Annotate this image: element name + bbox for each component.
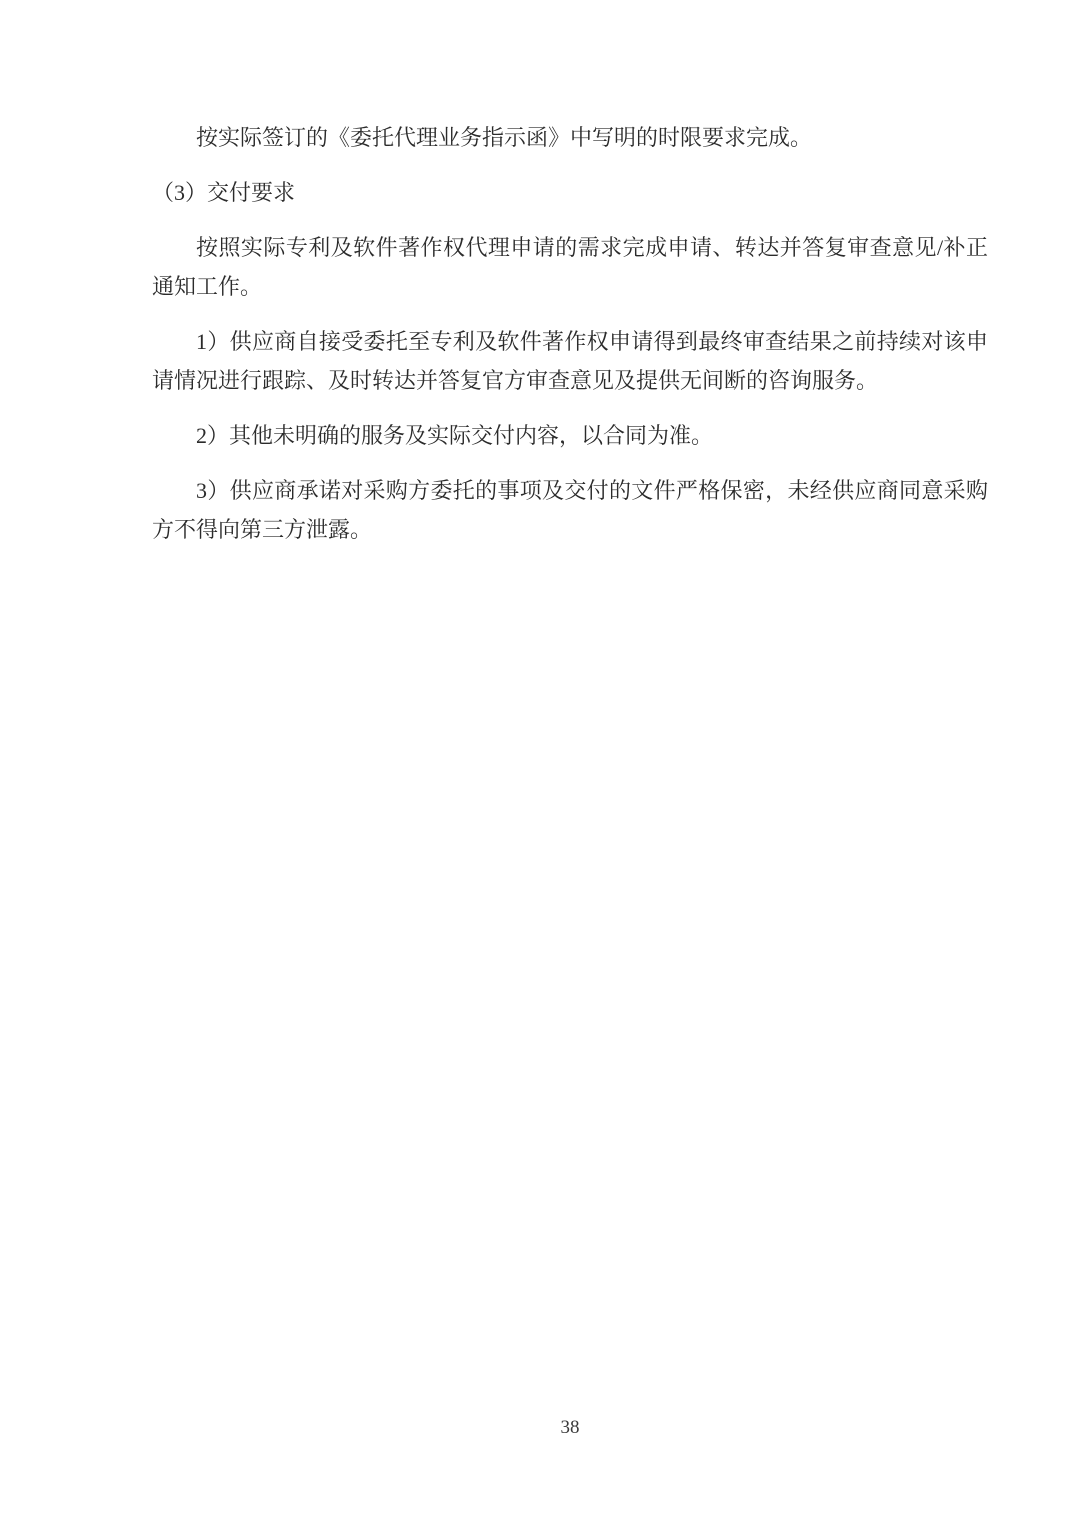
paragraph-deadline-requirement: 按实际签订的《委托代理业务指示函》中写明的时限要求完成。: [152, 118, 988, 157]
document-body: 按实际签订的《委托代理业务指示函》中写明的时限要求完成。 （3）交付要求 按照实…: [152, 118, 988, 549]
paragraph-delivery-scope: 按照实际专利及软件著作权代理申请的需求完成申请、转达并答复审查意见/补正通知工作…: [152, 228, 988, 306]
document-page: 按实际签订的《委托代理业务指示函》中写明的时限要求完成。 （3）交付要求 按照实…: [0, 0, 1080, 1527]
list-item-1-tracking-service: 1）供应商自接受委托至专利及软件著作权申请得到最终审查结果之前持续对该申请情况进…: [152, 322, 988, 400]
page-number: 38: [152, 1416, 988, 1440]
section-heading-delivery-requirements: （3）交付要求: [152, 173, 988, 212]
list-item-3-confidentiality: 3）供应商承诺对采购方委托的事项及交付的文件严格保密，未经供应商同意采购方不得向…: [152, 471, 988, 549]
list-item-2-contract-prevails: 2）其他未明确的服务及实际交付内容，以合同为准。: [152, 416, 988, 455]
